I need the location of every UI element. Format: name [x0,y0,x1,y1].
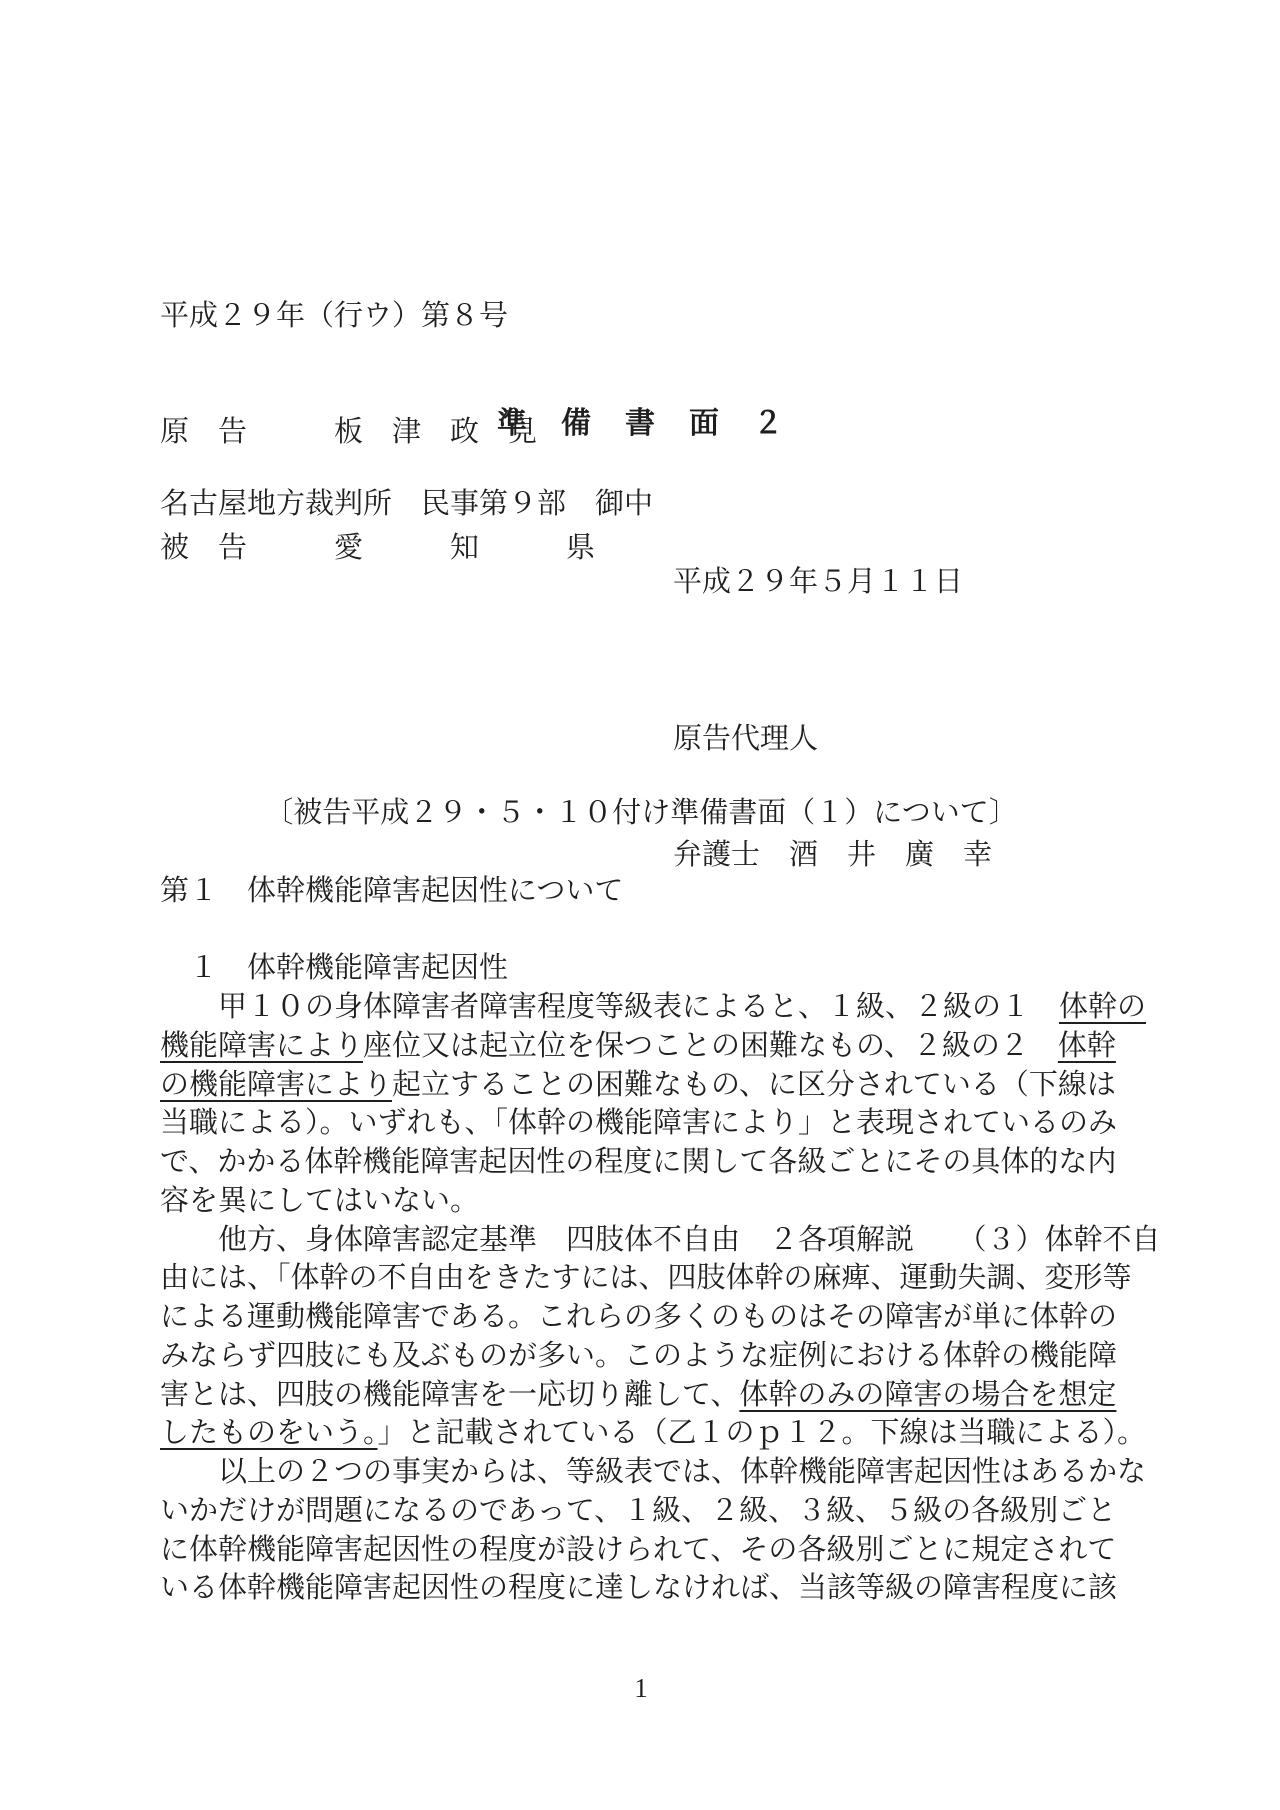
body-text-segment: 当職による）。いずれも、「体幹の機能障害により」と表現されているのみ [160,1107,1117,1139]
body-text-segment: に体幹機能障害起因性の程度が設けられて、その各級別ごとに規定されて [160,1534,1116,1566]
page-number: 1 [160,1669,1122,1708]
body-text-segment: 甲１０の身体障害者障害程度等級表によると、１級、２級の１ [160,991,1059,1023]
body-line: で、かかる体幹機能障害起因性の程度に関して各級ごとにその具体的な内 [160,1143,1220,1182]
body-line: 機能障害により座位又は起立位を保つことの困難なもの、２級の２ 体幹 [160,1027,1220,1066]
body-line: による運動機能障害である。これらの多くのものはその障害が単に体幹の [160,1298,1220,1337]
body-line: 容を異にしてはいない。 [160,1182,1220,1221]
addressee-line: 名古屋地方裁判所 民事第９部 御中 [160,485,653,524]
body-line: いかだけが問題になるのであって、１級、２級、３級、５級の各級別ごと [160,1492,1220,1531]
body-text: 甲１０の身体障害者障害程度等級表によると、１級、２級の１ 体幹の機能障害により座… [160,988,1220,1608]
item-heading: １ 体幹機能障害起因性 [160,949,508,988]
body-text-segment: 起立することの困難なもの、に区分されている（下線は [392,1069,1116,1101]
body-text-segment: 以上の２つの事実からは、等級表では、体幹機能障害起因性はあるかな [160,1456,1146,1488]
body-line: みならず四肢にも及ぶものが多い。このような症例における体幹の機能障 [160,1337,1220,1376]
underlined-text: したものをいう。 [160,1417,378,1449]
defendant-line: 被 告 愛 知 県 [160,529,595,568]
representative-name: 弁護士 酒 井 廣 幸 [673,836,992,875]
body-text-segment: 他方、身体障害認定基準 四肢体不自由 ２各項解説 （３）体幹不自 [160,1224,1161,1256]
subject-note: 〔被告平成２９・５・１０付け準備書面（１）について〕 [160,794,1122,833]
body-line: 甲１０の身体障害者障害程度等級表によると、１級、２級の１ 体幹の [160,988,1220,1027]
body-text-segment: いかだけが問題になるのであって、１級、２級、３級、５級の各級別ごと [160,1495,1116,1527]
body-text-segment: で、かかる体幹機能障害起因性の程度に関して各級ごとにその具体的な内 [160,1146,1116,1178]
representative-role: 原告代理人 [673,720,992,759]
underlined-text: 機能障害により [160,1030,363,1062]
body-line: いる体幹機能障害起因性の程度に達しなければ、当該等級の障害程度に該 [160,1569,1220,1608]
document-title: 準 備 書 面 ２ [160,405,1122,444]
section-heading: 第１ 体幹機能障害起因性について [160,872,623,911]
body-line: 由には、「体幹の不自由をきたすには、四肢体幹の麻痺、運動失調、変形等 [160,1259,1220,1298]
body-text-segment: 座位又は起立位を保つことの困難なもの、２級の２ [363,1030,1058,1062]
body-line: 害とは、四肢の機能障害を一応切り離して、体幹のみの障害の場合を想定 [160,1376,1220,1415]
body-line: したものをいう。」と記載されている（乙１のｐ１２。下線は当職による）。 [160,1414,1220,1453]
underlined-text: の機能障害により [160,1069,392,1101]
underlined-text: 体幹の [1059,991,1146,1023]
body-line: 他方、身体障害認定基準 四肢体不自由 ２各項解説 （３）体幹不自 [160,1221,1220,1260]
legal-document-page: 平成２９年（行ウ）第８号 原 告 板 津 政 見 被 告 愛 知 県 準 備 書… [0,0,1280,1810]
body-line: の機能障害により起立することの困難なもの、に区分されている（下線は [160,1066,1220,1105]
document-date: 平成２９年５月１１日 [673,563,963,602]
underlined-text: 体幹のみの障害の場合を想定 [739,1379,1116,1411]
body-text-segment: 」と記載されている（乙１のｐ１２。下線は当職による）。 [378,1417,1147,1449]
body-text-segment: 由には、「体幹の不自由をきたすには、四肢体幹の麻痺、運動失調、変形等 [160,1262,1132,1294]
body-line: に体幹機能障害起因性の程度が設けられて、その各級別ごとに規定されて [160,1531,1220,1570]
case-number: 平成２９年（行ウ）第８号 [160,297,595,336]
body-text-segment: 容を異にしてはいない。 [160,1185,479,1217]
body-text-segment: 害とは、四肢の機能障害を一応切り離して、 [160,1379,739,1411]
underlined-text: 体幹 [1058,1030,1116,1062]
body-text-segment: いる体幹機能障害起因性の程度に達しなければ、当該等級の障害程度に該 [160,1572,1117,1604]
body-text-segment: みならず四肢にも及ぶものが多い。このような症例における体幹の機能障 [160,1340,1117,1372]
body-text-segment: による運動機能障害である。これらの多くのものはその障害が単に体幹の [160,1301,1117,1333]
body-line: 以上の２つの事実からは、等級表では、体幹機能障害起因性はあるかな [160,1453,1220,1492]
body-line: 当職による）。いずれも、「体幹の機能障害により」と表現されているのみ [160,1104,1220,1143]
